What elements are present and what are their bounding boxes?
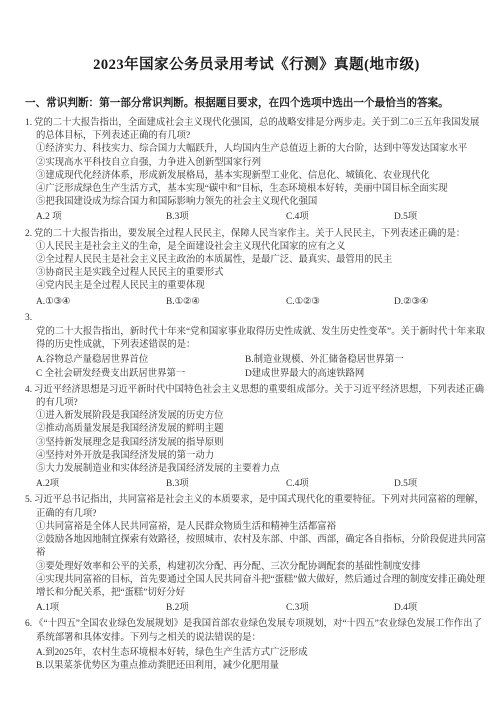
statement-item: ①经济实力、科技实力、综合国力大幅跃升，人均国内生产总值迈上新的大台阶，达到中等…: [36, 143, 488, 156]
statement-item: ④党内民主是全过程人民民主的重要体现: [36, 280, 488, 293]
options-row: A.1项B.2项C.3项D.4项: [36, 602, 488, 615]
question-6: 6.《“十四五”全国农业绿色发展规划》是我国首部农业绿色发展专项规划，对“十四五…: [25, 618, 488, 673]
question-number: 6.: [25, 619, 32, 629]
question-stem-text: 《“十四五”全国农业绿色发展规划》是我国首部农业绿色发展专项规划，对“十四五”农…: [34, 619, 482, 642]
question-2: 2.党的二十大报告指出，要发展全过程人民民主，保障人民当家作主。关于人民民主，下…: [25, 228, 488, 309]
question-number: 4.: [25, 385, 32, 395]
option-a: A.①③④: [36, 296, 166, 309]
section-heading: 一、常识判断：第一部分常识判断。根据题目要求，在四个选项中选出一个最恰当的答案。: [25, 97, 488, 110]
statement-item: ②鼓励各地因地制宜探索有效路径，按照城市、农村及东部、中部、西部，确定各自指标，…: [36, 534, 488, 560]
question-number: 3.: [25, 312, 488, 325]
option-b: B.2项: [166, 602, 286, 615]
statement-item: ①人民民主是社会主义的生命，是全面建设社会主义现代化国家的应有之义: [36, 241, 488, 254]
statement-item: ④实现共同富裕的目标，首先要通过全国人民共同奋斗把“蛋糕”做大做好，然后通过合理…: [36, 574, 488, 600]
question-number: 5.: [25, 495, 32, 505]
question-4: 4.习近平经济思想是习近平新时代中国特色社会主义思想的重要组成部分。关于习近平经…: [25, 384, 488, 492]
option-a: A.2项: [36, 478, 166, 491]
option-d: D.4项: [394, 602, 417, 615]
question-number: 2.: [25, 229, 32, 239]
option-d: D建成世界最大的高速铁路网: [245, 368, 454, 381]
option-a: A.到2025年，农村生态环境根本好转，绿色生产生活方式广泛形成: [36, 647, 488, 660]
options-row: A.到2025年，农村生态环境根本好转，绿色生产生活方式广泛形成B.以果菜茶优势…: [36, 647, 488, 673]
statement-item: ②推动高质量发展是我国经济发展的鲜明主题: [36, 423, 488, 436]
question-number: 1.: [25, 118, 32, 128]
statement-item: ⑤大力发展制造业和实体经济是我国经济发展的主要着力点: [36, 463, 488, 476]
option-c: C.①②③: [286, 296, 394, 309]
option-d: D.5项: [394, 211, 417, 224]
statement-item: ③坚持新发展理念是我国经济发展的指导原则: [36, 437, 488, 450]
question-1: 1.党的二十大报告指出，全面建成社会主义现代化强国，总的战略安排是分两步走。关于…: [25, 117, 488, 225]
option-a: A.1项: [36, 602, 166, 615]
option-b: B.以果菜茶优势区为重点推动粪肥还田利用，减少化肥用量: [36, 660, 488, 673]
option-c: C.4项: [286, 211, 394, 224]
option-c: C 全社会研发经费支出跃居世界第一: [36, 368, 245, 381]
question-stem: 4.习近平经济思想是习近平新时代中国特色社会主义思想的重要组成部分。关于习近平经…: [36, 384, 488, 410]
option-a: A.2 项: [36, 211, 166, 224]
question-stem-text: 党的二十大报告指出，全面建成社会主义现代化强国，总的战略安排是分两步走。关于到二…: [34, 118, 479, 141]
option-a: A.谷物总产量稳居世界首位: [36, 354, 245, 367]
question-stem-text: 习近平经济思想是习近平新时代中国特色社会主义思想的重要组成部分。关于习近平经济思…: [34, 385, 484, 408]
statement-item: ①进入新发展阶段是我国经济发展的历史方位: [36, 410, 488, 423]
statement-item: ②全过程人民民主是社会主义民主政治的本质属性，是最广泛、最真实、最管用的民主: [36, 254, 488, 267]
question-3: 3.党的二十大报告指出，新时代十年来“党和国家事业取得历史性成就、发生历史性变革…: [25, 312, 488, 381]
exam-paper-page: 2023年国家公务员录用考试《行测》真题(地市级) 一、常识判断：第一部分常识判…: [0, 0, 500, 707]
question-stem-text: 习近平总书记指出，共同富裕是社会主义的本质要求，是中国式现代化的重要特征。下列对…: [34, 495, 484, 518]
option-c: C.3项: [286, 602, 394, 615]
question-stem: 2.党的二十大报告指出，要发展全过程人民民主，保障人民当家作主。关于人民民主，下…: [36, 228, 488, 241]
option-b: B.3项: [166, 478, 286, 491]
statement-item: ①共同富裕是全体人民共同富裕，是人民群众物质生活和精神生活都富裕: [36, 521, 488, 534]
question-stem: 1.党的二十大报告指出，全面建成社会主义现代化强国，总的战略安排是分两步走。关于…: [36, 117, 488, 143]
statement-item: ④坚持对外开放是我国经济发展的第一动力: [36, 450, 488, 463]
question-stem-text: 党的二十大报告指出，要发展全过程人民民主，保障人民当家作主。关于人民民主，下列表…: [34, 229, 465, 239]
page-title: 2023年国家公务员录用考试《行测》真题(地市级): [25, 56, 488, 74]
question-stem: 5.习近平总书记指出，共同富裕是社会主义的本质要求，是中国式现代化的重要特征。下…: [36, 494, 488, 520]
option-b: B.①②④: [166, 296, 286, 309]
statement-item: ③协商民主是实践全过程人民民主的重要形式: [36, 267, 488, 280]
statement-item: ④广泛形成绿色生产生活方式，基本实现“碳中和”目标，生态环境根本好转，美丽中国目…: [36, 183, 488, 196]
question-list: 1.党的二十大报告指出，全面建成社会主义现代化强国，总的战略安排是分两步走。关于…: [25, 117, 488, 673]
option-d: D.5项: [394, 478, 417, 491]
statement-item: ③建成现代化经济体系，形成新发展格局，基本实现新型工业化、信息化、城镇化、农业现…: [36, 170, 488, 183]
options-row: A.谷物总产量稳居世界首位B.制造业规模、外汇储备稳居世界第一C 全社会研发经费…: [36, 354, 488, 380]
option-b: B.3项: [166, 211, 286, 224]
option-c: C.4项: [286, 478, 394, 491]
statement-item: ③要处理好效率和公平的关系，构建初次分配、再分配、三次分配协调配套的基础性制度安…: [36, 561, 488, 574]
statement-item: ⑤把我国建设成为综合国力和国际影响力领先的社会主义现代化强国: [36, 196, 488, 209]
options-row: A.2项B.3项C.4项D.5项: [36, 478, 488, 491]
statement-item: ②实现高水平科技自立自强，力争进入创新型国家行列: [36, 157, 488, 170]
question-stem: 6.《“十四五”全国农业绿色发展规划》是我国首部农业绿色发展专项规划，对“十四五…: [36, 618, 488, 644]
question-5: 5.习近平总书记指出，共同富裕是社会主义的本质要求，是中国式现代化的重要特征。下…: [25, 494, 488, 615]
options-row: A.①③④B.①②④C.①②③D.②③④: [36, 296, 488, 309]
options-row: A.2 项B.3项C.4项D.5项: [36, 211, 488, 224]
question-stem: 党的二十大报告指出，新时代十年来“党和国家事业取得历史性成就、发生历史性变革”。…: [36, 326, 488, 352]
option-d: D.②③④: [394, 296, 428, 309]
option-b: B.制造业规模、外汇储备稳居世界第一: [245, 354, 454, 367]
